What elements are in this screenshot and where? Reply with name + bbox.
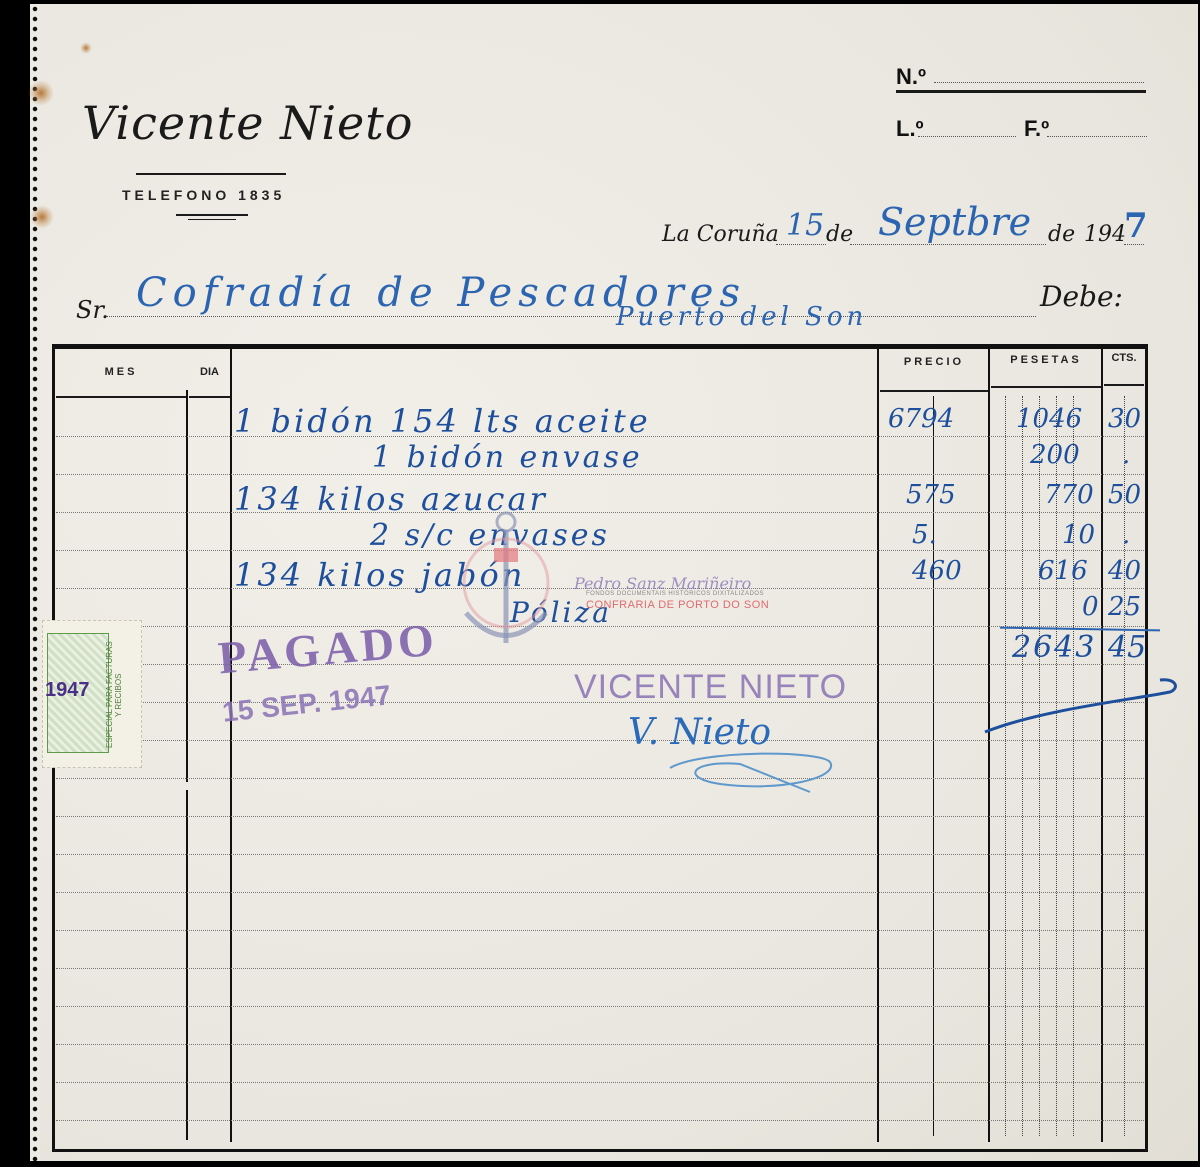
header-cts: CTS. [1104,352,1144,364]
l-label: L.º [896,116,924,142]
row-line [56,512,1144,513]
col-divider-cts [1101,346,1103,1142]
row-2-pesetas: 200 [1030,440,1080,470]
row-line [56,816,1144,817]
header-rule-cts [1104,384,1144,386]
row-4-pesetas: 10 [1062,520,1095,550]
f-label: F.º [1024,116,1049,142]
phone-rule [176,214,248,216]
day-value: 15 [786,208,824,243]
row-5-cts: 40 [1108,556,1141,586]
company-logo: Vicente Nieto [82,96,413,150]
phone-rule-2 [188,219,236,220]
foxing-stain [80,42,92,54]
number-field[interactable] [934,82,1144,83]
watermark-line2: CONFRARIA DE PORTO DO SON [586,599,769,611]
row-5-precio: 460 [912,556,962,586]
day-dots [776,244,826,245]
row-line [56,1082,1144,1083]
total-cts: 45 [1108,630,1146,665]
row-2-cts: . [1122,440,1130,470]
closing-flourish [980,670,1180,740]
pesetas-digit-guide [1022,396,1023,1136]
row-line [56,892,1144,893]
row-line [56,1044,1144,1045]
l-field[interactable] [918,136,1016,137]
year-prefix: 194 [1084,222,1126,247]
debe-label: Debe: [1040,280,1123,313]
row-line [56,740,1144,741]
f-field[interactable] [1047,136,1147,137]
revenue-stamp-text: ESPECIAL PARA FACTURAS Y RECIBOS [105,641,135,749]
header-rule-mes [56,396,186,398]
header-rule-dia [189,396,230,398]
row-3-cts: 50 [1108,480,1141,510]
header-rule-pesetas [991,386,1101,388]
foxing-stain [30,205,54,229]
col-divider-dia [230,346,232,1142]
signature-flourish [660,748,850,798]
phone-number: TELEFONO 1835 [122,187,285,203]
header-rule-precio [880,390,988,392]
year-suffix: 7 [1124,206,1148,246]
row-line [56,1120,1144,1121]
revenue-stamp: 1947 ESPECIAL PARA FACTURAS Y RECIBOS [42,620,142,768]
pesetas-digit-guide [1005,396,1006,1136]
row-1-cts: 30 [1108,404,1141,434]
header-dia: DIA [189,366,230,378]
row-4-precio: 5. [912,520,937,550]
month-dots [850,244,1046,245]
row-line [56,1006,1144,1007]
row-line [56,854,1144,855]
revenue-stamp-year: 1947 [45,679,90,702]
row-6-cts: 25 [1108,592,1141,622]
row-line [56,778,1144,779]
row-3-pesetas: 770 [1044,480,1094,510]
col-divider-pesetas [988,346,990,1142]
signature: V. Nieto [628,712,771,753]
number-label: N.º [896,64,926,90]
row-line [56,968,1144,969]
col-divider-mes-2 [186,790,188,1140]
recipient-dots [106,316,1036,317]
header-pesetas: PESETAS [991,354,1101,366]
seller-stamp: VICENTE NIETO [574,668,847,707]
row-1-description: 1 bidón 154 lts aceite [234,402,651,440]
header-mes: MES [56,366,186,378]
logo-rule [136,173,286,175]
perforated-edge [30,4,40,1161]
row-line [56,930,1144,931]
header-precio: PRECIO [880,356,988,368]
row-3-precio: 575 [906,480,956,510]
number-rule [896,90,1146,93]
month-value: Septbre [878,200,1031,244]
de-label-2: de [1048,222,1075,247]
foxing-stain [28,80,54,106]
col-divider-precio [877,346,879,1142]
watermark-line1: FONDOS DOCUMENTAIS HISTÓRICOS DIXITALIZA… [586,591,764,597]
anchor-emblem-icon [456,508,556,658]
place-label: La Coruña [662,222,779,247]
row-2-description: 1 bidón envase [372,440,643,475]
pesetas-digit-guide [1039,396,1040,1136]
row-6-pesetas: 0 [1082,592,1099,622]
total-pesetas: 2643 [1012,630,1096,665]
row-1-precio: 6794 [888,404,954,434]
salutation: Sr. [76,296,109,324]
row-5-pesetas: 616 [1038,556,1088,586]
row-4-cts: . [1122,520,1130,550]
row-1-pesetas: 1046 [1016,404,1082,434]
col-divider-mes [186,390,188,782]
recipient-location: Puerto del Son [616,302,867,332]
